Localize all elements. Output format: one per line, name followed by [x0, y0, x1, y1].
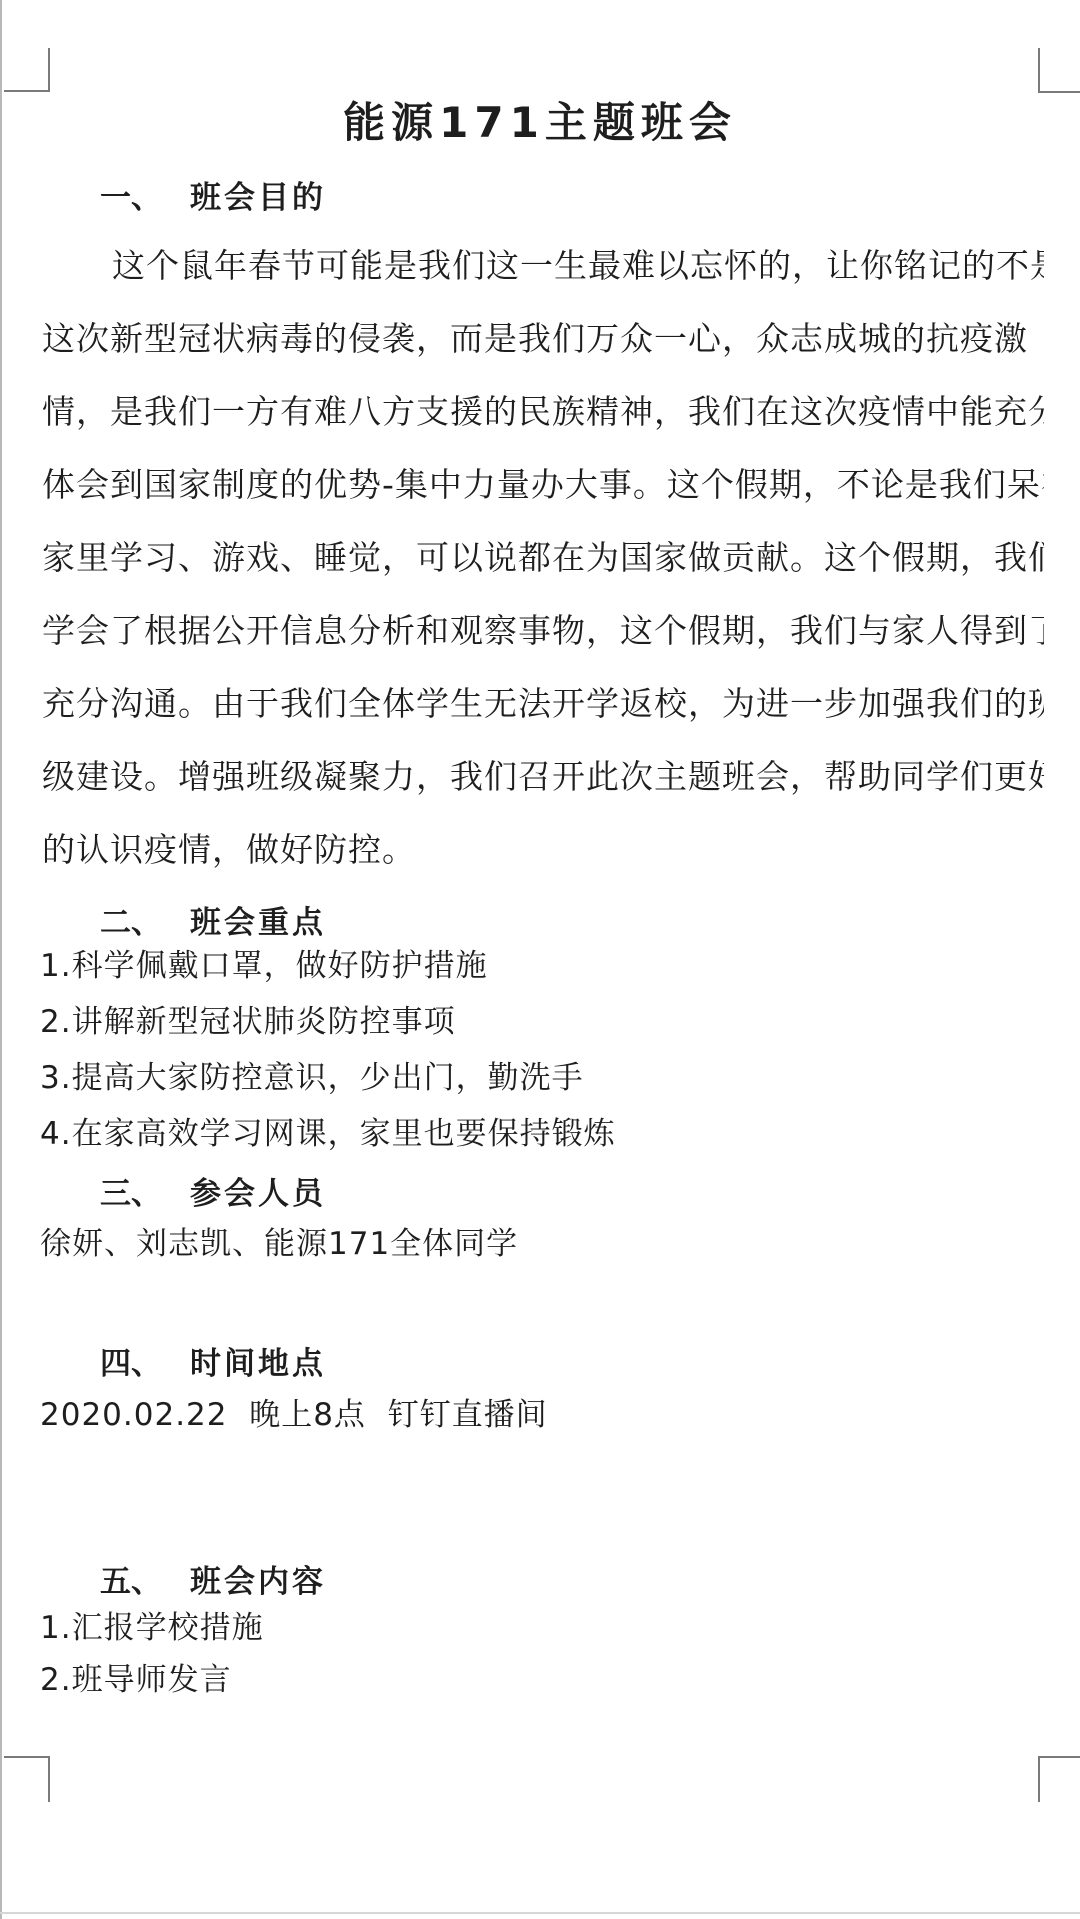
participants-line: 徐妍、刘志凯、能源171全体同学	[40, 1222, 1044, 1267]
paragraph-line: 家里学习、游戏、睡觉，可以说都在为国家做贡献。这个假期，我们	[42, 521, 1044, 594]
crop-mark-bottom-left	[4, 1756, 50, 1802]
scan-edge-left	[0, 0, 2, 1919]
list-item: 1.科学佩戴口罩，做好防护措施	[40, 938, 1044, 994]
paragraph-line: 这次新型冠状病毒的侵袭，而是我们万众一心，众志成城的抗疫激	[42, 302, 1044, 375]
section-4-list: 2020.02.22 晚上8点 钉钉直播间	[40, 1393, 1044, 1438]
section-1-number: 一、	[100, 180, 162, 216]
section-1-paragraph: 这个鼠年春节可能是我们这一生最难以忘怀的，让你铭记的不是 这次新型冠状病毒的侵袭…	[42, 229, 1044, 886]
section-2-heading: 二、班会重点	[0, 897, 1080, 942]
section-5-list: 1.汇报学校措施 2.班导师发言	[40, 1602, 1044, 1706]
section-5-number: 五、	[100, 1564, 162, 1600]
crop-mark-bottom-right	[1038, 1756, 1080, 1802]
scan-edge-bottom	[0, 1912, 1080, 1914]
section-3-heading: 三、参会人员	[0, 1168, 1080, 1213]
crop-mark-top-right	[1038, 48, 1080, 93]
section-3-title: 参会人员	[190, 1176, 326, 1212]
section-5-title: 班会内容	[190, 1564, 326, 1600]
paragraph-line: 情，是我们一方有难八方支援的民族精神，我们在这次疫情中能充分	[42, 375, 1044, 448]
section-4-title: 时间地点	[190, 1346, 326, 1382]
paragraph-line: 充分沟通。由于我们全体学生无法开学返校，为进一步加强我们的班	[42, 667, 1044, 740]
paragraph-line: 体会到国家制度的优势-集中力量办大事。这个假期，不论是我们呆在	[42, 448, 1044, 521]
section-2-title: 班会重点	[190, 905, 326, 941]
paragraph-line: 级建设。增强班级凝聚力，我们召开此次主题班会，帮助同学们更好	[42, 740, 1044, 813]
section-4-number: 四、	[100, 1346, 162, 1382]
document-title: 能源171主题班会	[0, 90, 1080, 150]
section-2-list: 1.科学佩戴口罩，做好防护措施 2.讲解新型冠状肺炎防控事项 3.提高大家防控意…	[40, 938, 1044, 1162]
paragraph-line: 的认识疫情，做好防控。	[42, 813, 1044, 886]
section-4-heading: 四、时间地点	[0, 1338, 1080, 1383]
section-3-number: 三、	[100, 1176, 162, 1212]
paragraph-line: 这个鼠年春节可能是我们这一生最难以忘怀的，让你铭记的不是	[42, 229, 1044, 302]
document-page: 能源171主题班会 一、班会目的 这个鼠年春节可能是我们这一生最难以忘怀的，让你…	[0, 0, 1080, 1919]
section-1-title: 班会目的	[190, 180, 326, 216]
time-place-line: 2020.02.22 晚上8点 钉钉直播间	[40, 1393, 1044, 1438]
paragraph-line: 学会了根据公开信息分析和观察事物，这个假期，我们与家人得到了	[42, 594, 1044, 667]
crop-mark-top-left	[4, 48, 50, 92]
list-item: 2.讲解新型冠状肺炎防控事项	[40, 994, 1044, 1050]
section-5-heading: 五、班会内容	[0, 1556, 1080, 1601]
list-item: 3.提高大家防控意识，少出门，勤洗手	[40, 1050, 1044, 1106]
list-item: 1.汇报学校措施	[40, 1602, 1044, 1654]
list-item: 2.班导师发言	[40, 1654, 1044, 1706]
section-3-list: 徐妍、刘志凯、能源171全体同学	[40, 1222, 1044, 1267]
section-2-number: 二、	[100, 905, 162, 941]
section-1-heading: 一、班会目的	[0, 172, 1080, 217]
list-item: 4.在家高效学习网课，家里也要保持锻炼	[40, 1106, 1044, 1162]
